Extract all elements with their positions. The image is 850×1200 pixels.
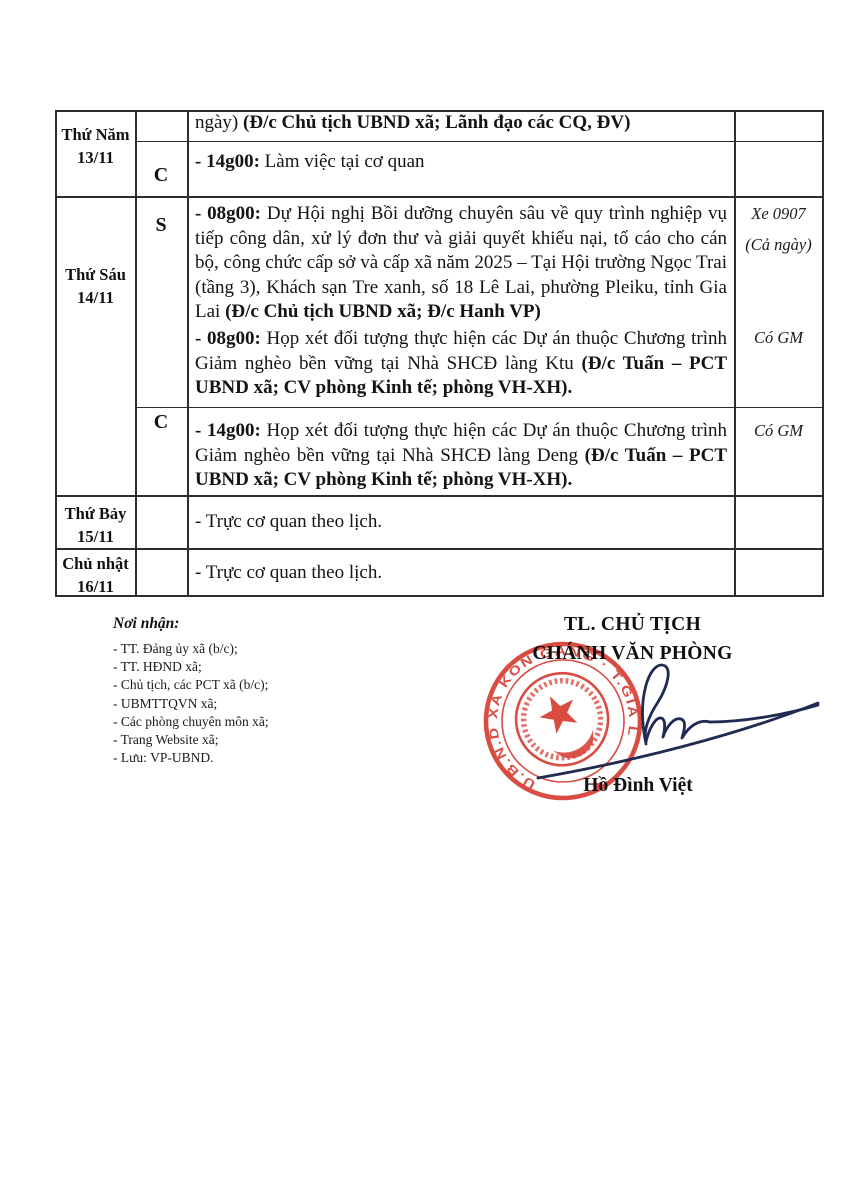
entry-text: - Trực cơ quan theo lịch. — [195, 562, 382, 583]
recipient-item: - TT. Đảng ủy xã (b/c); — [113, 640, 413, 658]
day-label: Thứ Bảy — [56, 502, 135, 525]
entry-time: - 08g00: — [195, 203, 261, 224]
table-grid-line — [135, 407, 824, 408]
recipient-item: - UBMTTQVN xã; — [113, 695, 413, 713]
note-cell: Xe 0907 (Cả ngày) — [736, 204, 821, 255]
signer-name: Hồ Đình Việt — [528, 775, 748, 797]
entry-time: - 14g00: — [195, 420, 261, 441]
entry-paragraph: - 08g00: Dự Hội nghị Bồi dưỡng chuyên sâ… — [195, 202, 727, 325]
date-label: 16/11 — [56, 575, 135, 598]
table-grid-line — [135, 141, 824, 142]
entry-text: Làm việc tại cơ quan — [260, 151, 425, 172]
entry-participants: (Đ/c Chủ tịch UBND xã; Lãnh đạo các CQ, … — [243, 112, 630, 133]
recipients-heading: Nơi nhận: — [113, 615, 413, 633]
note-line: Có GM — [736, 421, 821, 441]
recipient-item: - Lưu: VP-UBND. — [113, 749, 413, 767]
document-page: Thứ Năm 13/11 ngày) (Đ/c Chủ tịch UBND x… — [0, 0, 850, 1200]
date-label: 15/11 — [56, 525, 135, 548]
session-cell: C — [136, 164, 186, 187]
entry-text: - Trực cơ quan theo lịch. — [195, 511, 382, 532]
table-grid-line — [734, 110, 736, 597]
day-label: Chủ nhật — [56, 552, 135, 575]
table-grid-line — [822, 110, 824, 597]
day-label: Thứ Năm — [56, 123, 135, 146]
session-cell: C — [136, 411, 186, 434]
date-label: 13/11 — [56, 146, 135, 169]
day-cell: Thứ Bảy 15/11 — [56, 502, 135, 548]
signature-loop — [643, 665, 710, 744]
note-line: (Cả ngày) — [736, 235, 821, 255]
recipient-item: - Chủ tịch, các PCT xã (b/c); — [113, 676, 413, 694]
entry-paragraph: - 14g00: Họp xét đối tượng thực hiện các… — [195, 419, 727, 493]
entry-time: - 14g00: — [195, 151, 260, 172]
day-label: Thứ Sáu — [56, 263, 135, 286]
note-cell: Có GM — [736, 421, 821, 441]
date-label: 14/11 — [56, 286, 135, 309]
entry-paragraph: ngày) (Đ/c Chủ tịch UBND xã; Lãnh đạo cá… — [195, 111, 727, 136]
entry-text: ngày) — [195, 112, 243, 133]
session-label: C — [154, 164, 168, 186]
entry-paragraph: - Trực cơ quan theo lịch. — [195, 510, 727, 535]
entry-paragraph: - 08g00: Họp xét đối tượng thực hiện các… — [195, 327, 727, 401]
note-cell: Có GM — [736, 328, 821, 348]
table-grid-line — [55, 495, 824, 497]
note-line: Xe 0907 — [736, 204, 821, 224]
session-label: C — [154, 411, 168, 433]
session-label: S — [155, 214, 166, 236]
session-cell: S — [136, 214, 186, 237]
signature-tail — [710, 705, 818, 722]
table-grid-line — [55, 595, 824, 597]
entry-paragraph: - 14g00: Làm việc tại cơ quan — [195, 150, 727, 175]
table-grid-line — [55, 196, 824, 198]
recipient-item: - TT. HĐND xã; — [113, 658, 413, 676]
recipient-item: - Các phòng chuyên môn xã; — [113, 713, 413, 731]
day-cell: Thứ Năm 13/11 — [56, 123, 135, 169]
recipients-block: Nơi nhận: - TT. Đảng ủy xã (b/c); - TT. … — [113, 615, 413, 767]
entry-paragraph: - Trực cơ quan theo lịch. — [195, 561, 727, 586]
recipient-item: - Trang Website xã; — [113, 731, 413, 749]
entry-participants: (Đ/c Chủ tịch UBND xã; Đ/c Hanh VP) — [225, 301, 541, 322]
table-grid-line — [187, 110, 189, 597]
table-grid-line — [55, 548, 824, 550]
day-cell: Chủ nhật 16/11 — [56, 552, 135, 598]
entry-time: - 08g00: — [195, 328, 261, 349]
note-line: Có GM — [736, 328, 821, 348]
day-cell: Thứ Sáu 14/11 — [56, 263, 135, 309]
